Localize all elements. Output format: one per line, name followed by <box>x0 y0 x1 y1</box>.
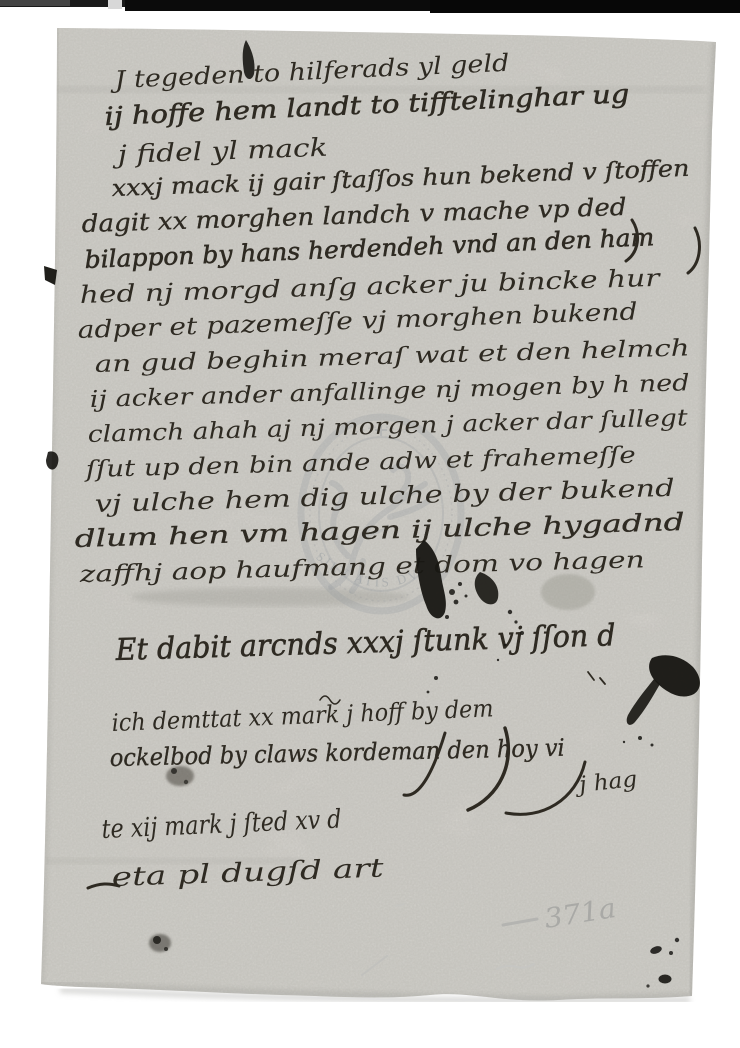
manuscript-scan: SILV ATIS DV J tegeden to hilferads yl g… <box>0 0 740 1048</box>
smudge-band <box>130 588 410 606</box>
ink-spot-left-bottom <box>149 934 171 952</box>
gray-stain <box>541 574 595 610</box>
ink-smudge-mid-left <box>166 766 194 786</box>
